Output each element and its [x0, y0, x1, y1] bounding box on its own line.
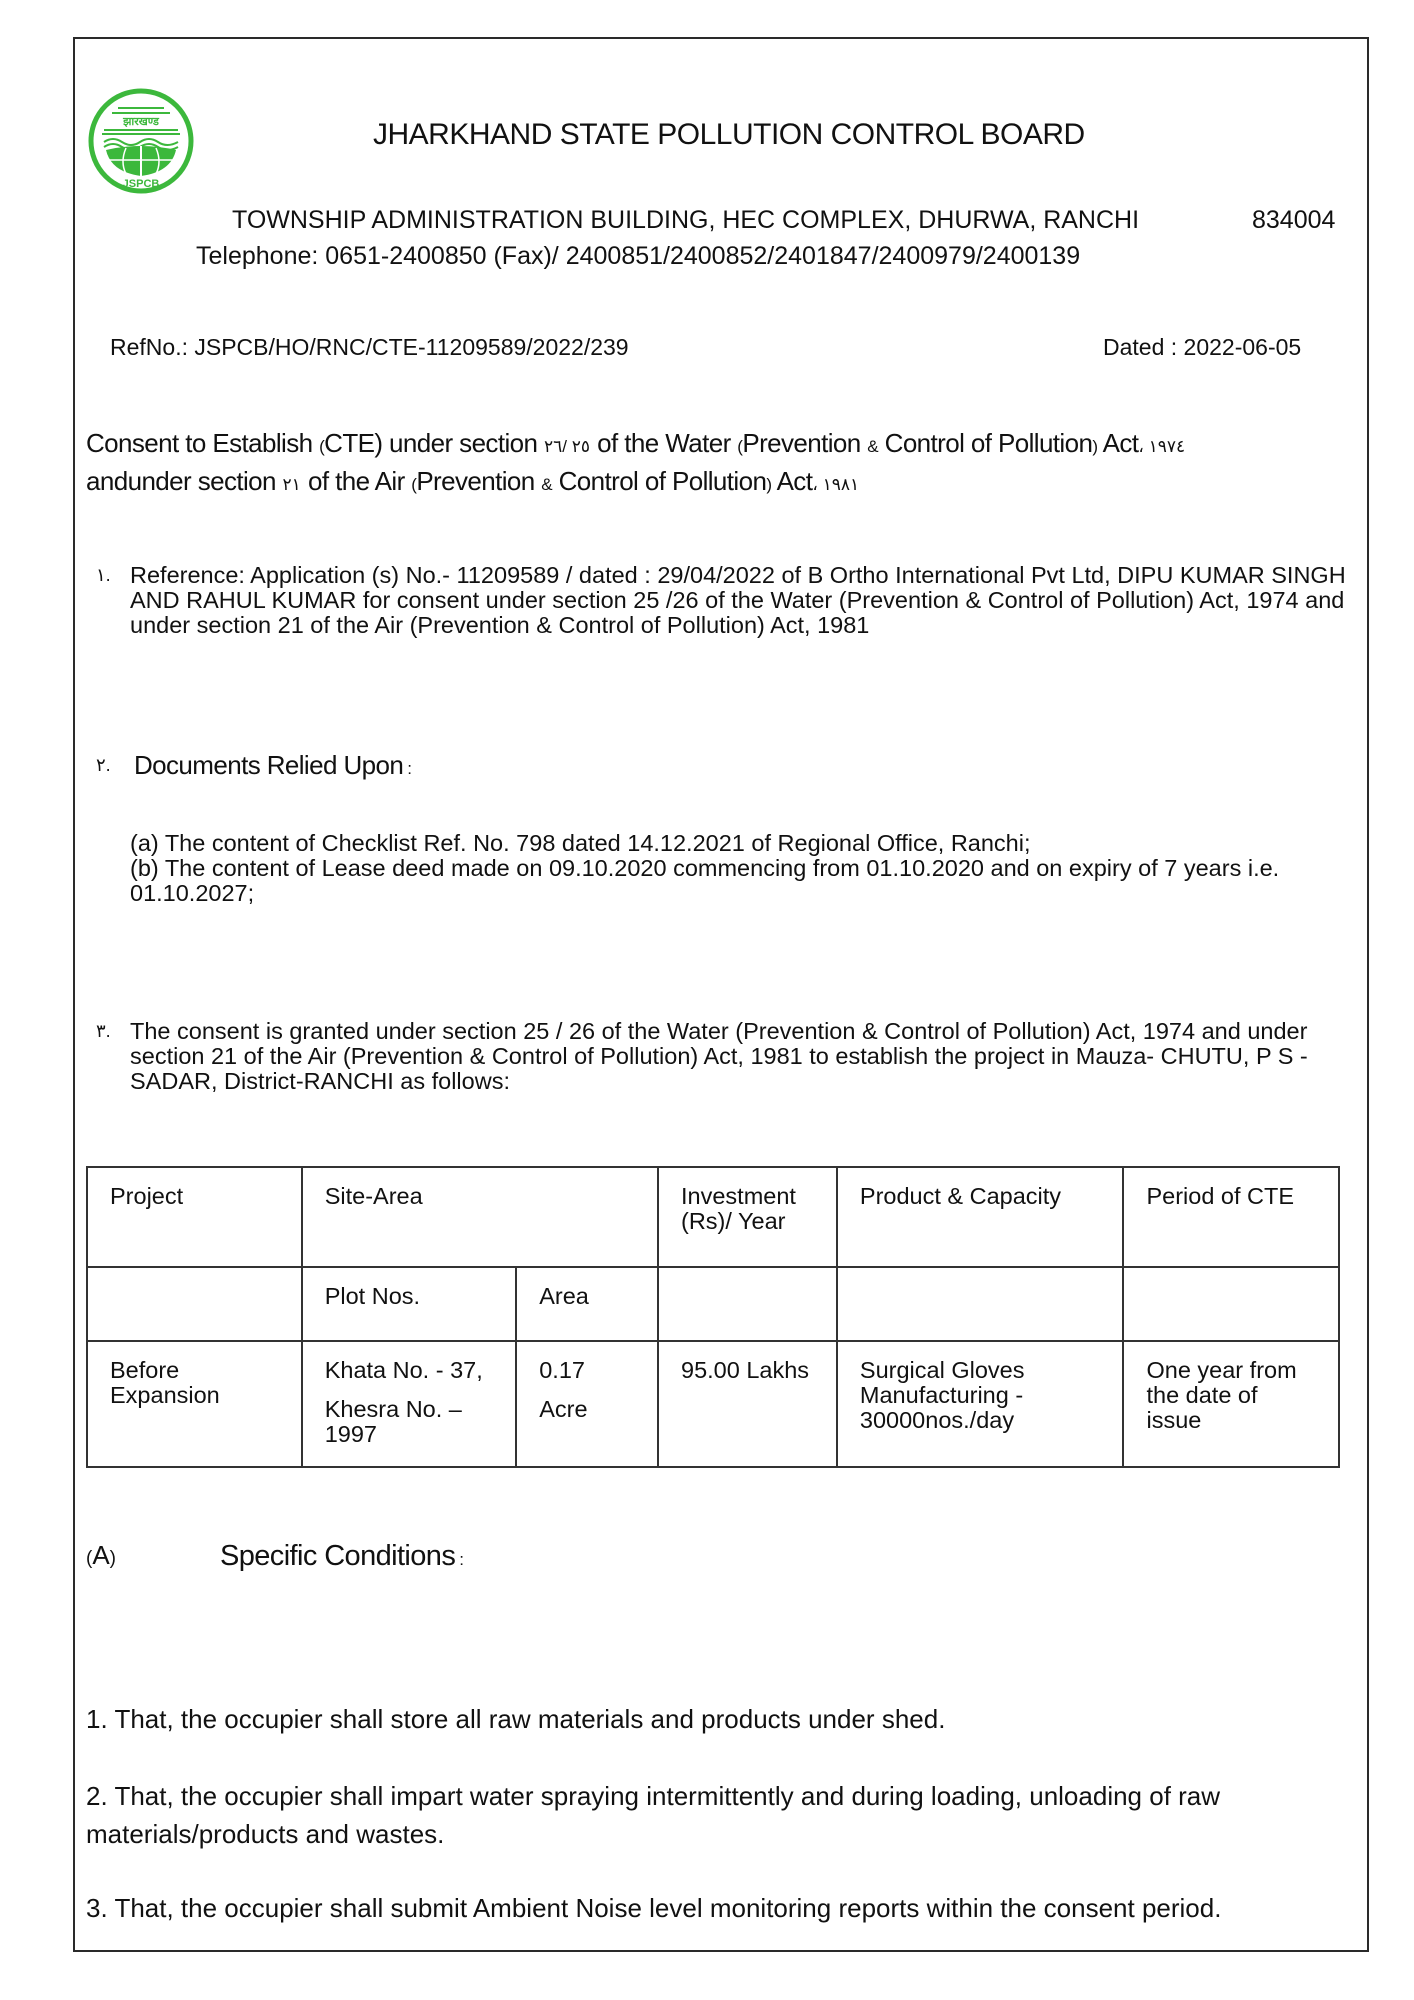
subheader-plot-nos: Plot Nos. [302, 1267, 517, 1341]
table-cell-empty [87, 1267, 302, 1341]
subheader-area: Area [516, 1267, 658, 1341]
header-period: Period of CTE [1123, 1167, 1339, 1267]
organization-title: JHARKHAND STATE POLLUTION CONTROL BOARD [373, 118, 1085, 152]
subject-text: Control of Pollution [878, 428, 1092, 458]
documents-heading: Documents Relied Upon: [134, 750, 411, 781]
condition-item: 2. That, the occupier shall impart water… [86, 1777, 1366, 1853]
header-product-capacity: Product & Capacity [837, 1167, 1124, 1267]
specific-conditions-heading: Specific Conditions: [220, 1540, 463, 1573]
telephone: Telephone: 0651-2400850 (Fax)/ 2400851/2… [196, 242, 1080, 271]
header-site-area: Site-Area [302, 1167, 658, 1267]
address: TOWNSHIP ADMINISTRATION BUILDING, HEC CO… [232, 206, 1139, 235]
specific-conditions-colon: : [459, 1550, 463, 1569]
subject-line-2: andunder section ٢١ of the Air (Preventi… [86, 466, 859, 497]
area-value: 0.17 [539, 1358, 635, 1383]
table-cell-empty [837, 1267, 1124, 1341]
item-marker-1: ١. [96, 565, 111, 586]
subject-text: Control of Pollution [552, 466, 766, 496]
subject-text: Prevention [416, 466, 541, 496]
table-subheader-row: Plot Nos. Area [87, 1267, 1339, 1341]
project-table: Project Site-Area Investment (Rs)/ Year … [86, 1166, 1340, 1468]
subject-year: ، ١٩٨١ [812, 475, 859, 494]
subject-section-number: ٢١ [283, 475, 301, 494]
subject-text: of the Water [590, 428, 737, 458]
subject-line-1: Consent to Establish (CTE) under section… [86, 428, 1185, 459]
pincode: 834004 [1252, 206, 1335, 235]
item-marker-2: ٢. [96, 755, 111, 776]
cell-investment: 95.00 Lakhs [658, 1341, 837, 1467]
date-issued: Dated : 2022-06-05 [1103, 334, 1301, 361]
subject-text: andunder section [86, 466, 283, 496]
area-unit: Acre [539, 1397, 635, 1422]
documents-list: (a) The content of Checklist Ref. No. 79… [130, 831, 1370, 906]
documents-heading-text: Documents Relied Upon [134, 750, 403, 780]
subject-text: of the Air [301, 466, 411, 496]
table-row: Before Expansion Khata No. - 37, Khesra … [87, 1341, 1339, 1467]
jspcb-emblem-icon: झारखण्ड JSPCB [86, 86, 196, 196]
page-border [73, 37, 1369, 1952]
specific-conditions-label: Specific Conditions [220, 1540, 455, 1572]
table-cell-empty [1123, 1267, 1339, 1341]
svg-text:JSPCB: JSPCB [123, 178, 160, 190]
jspcb-logo: झारखण्ड JSPCB [86, 86, 196, 196]
table-header-row: Project Site-Area Investment (Rs)/ Year … [87, 1167, 1339, 1267]
subject-text: Act [1097, 428, 1138, 458]
cell-project: Before Expansion [87, 1341, 302, 1467]
subject-text: ) under section [374, 428, 544, 458]
subject-ampersand: & [541, 475, 552, 494]
subject-text: CTE [324, 428, 374, 458]
svg-text:झारखण्ड: झारखण्ड [122, 115, 160, 128]
condition-item: 3. That, the occupier shall submit Ambie… [86, 1889, 1366, 1927]
subject-text: Prevention [742, 428, 867, 458]
subject-year: ، ١٩٧٤ [1138, 437, 1185, 456]
table-cell-empty [658, 1267, 837, 1341]
cell-plot-nos: Khata No. - 37, Khesra No. – 1997 [302, 1341, 517, 1467]
section-marker: ((A)A) [86, 1540, 116, 1571]
cell-area: 0.17 Acre [516, 1341, 658, 1467]
header-investment: Investment (Rs)/ Year [658, 1167, 837, 1267]
subject-section-number: ٢٥ /٢٦ [544, 437, 590, 456]
cell-period: One year from the date of issue [1123, 1341, 1339, 1467]
documents-heading-colon: : [407, 759, 411, 778]
cell-product-capacity: Surgical Gloves Manufacturing - 30000nos… [837, 1341, 1124, 1467]
document-item: (b) The content of Lease deed made on 09… [130, 856, 1370, 906]
document-item: (a) The content of Checklist Ref. No. 79… [130, 831, 1370, 856]
subject-text: Act [771, 466, 812, 496]
condition-item: 1. That, the occupier shall store all ra… [86, 1700, 1366, 1738]
plot-khesra: Khesra No. – 1997 [325, 1397, 494, 1447]
item-marker-3: ٣. [96, 1021, 111, 1042]
subject-ampersand: & [867, 437, 878, 456]
header-project: Project [87, 1167, 302, 1267]
plot-khata: Khata No. - 37, [325, 1358, 494, 1383]
subject-text: Consent to Establish [86, 428, 319, 458]
consent-granted-paragraph: The consent is granted under section 25 … [130, 1019, 1360, 1094]
reference-number: RefNo.: JSPCB/HO/RNC/CTE-11209589/2022/2… [110, 334, 629, 361]
reference-paragraph: Reference: Application (s) No.- 11209589… [130, 563, 1360, 638]
